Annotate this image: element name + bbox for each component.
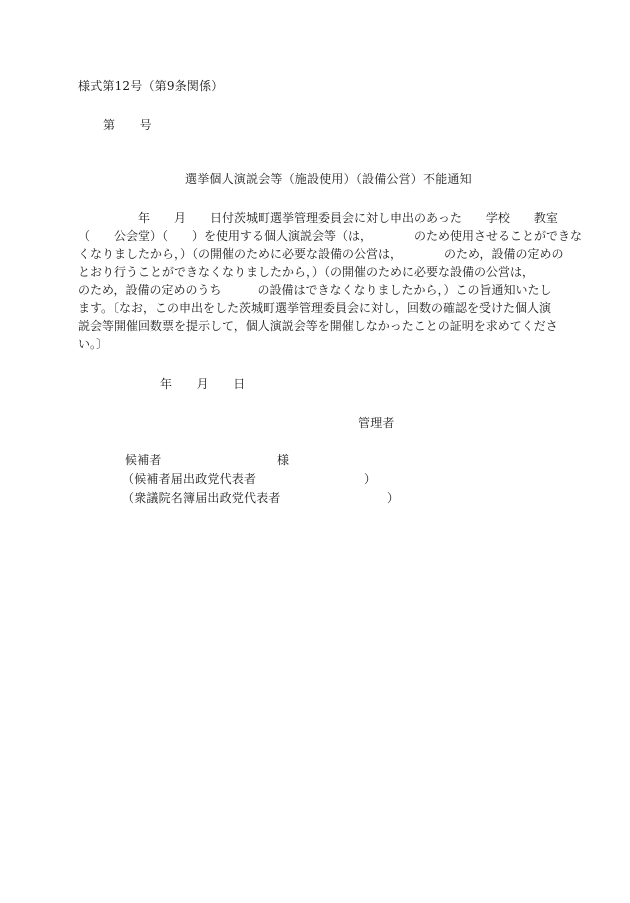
candidate-label: 候補者	[125, 453, 162, 467]
document-number-line: 第 号	[103, 118, 152, 132]
body-line: い。〕	[78, 337, 548, 351]
honorific-label: 様	[277, 453, 289, 467]
issue-date: 年 月 日	[160, 377, 245, 391]
document-title: 選挙個人演説会等（施設使用）（設備公営）不能通知	[185, 172, 472, 186]
form-number-header: 様式第12号（第9条関係）	[78, 79, 224, 93]
list-representative-close: ）	[387, 491, 399, 505]
body-line: 説会等開催回数票を提示して，個人演説会等を開催しなかったことの証明を求めてくださ	[78, 319, 548, 333]
list-representative-label: （衆議院名簿届出政党代表者	[122, 491, 281, 505]
manager-label: 管理者	[358, 416, 395, 430]
body-line: とおり行うことができなくなりましたから，）（の開催のために必要な設備の公営は，	[78, 265, 548, 279]
party-representative-label: （候補者届出政党代表者	[122, 472, 256, 486]
body-line: のため，設備の定めのうち の設備はできなくなりましたから，）この旨通知いたし	[78, 283, 548, 297]
party-representative-close: ）	[364, 472, 376, 486]
body-line: ます。〔なお，この申出をした茨城町選挙管理委員会に対し，回数の確認を受けた個人演	[78, 301, 548, 315]
document-page: { "form_header": "様式第12号（第9条関係）", "numbe…	[0, 0, 630, 903]
body-line: 年 月 日付茨城町選挙管理委員会に対し申出のあった 学校 教室	[78, 211, 548, 225]
body-line: （ 公会堂）（ ）を使用する個人演説会等（は， のため使用させることができな	[78, 229, 548, 243]
body-line: くなりましたから，）（の開催のために必要な設備の公営は， のため，設備の定めの	[78, 247, 548, 261]
